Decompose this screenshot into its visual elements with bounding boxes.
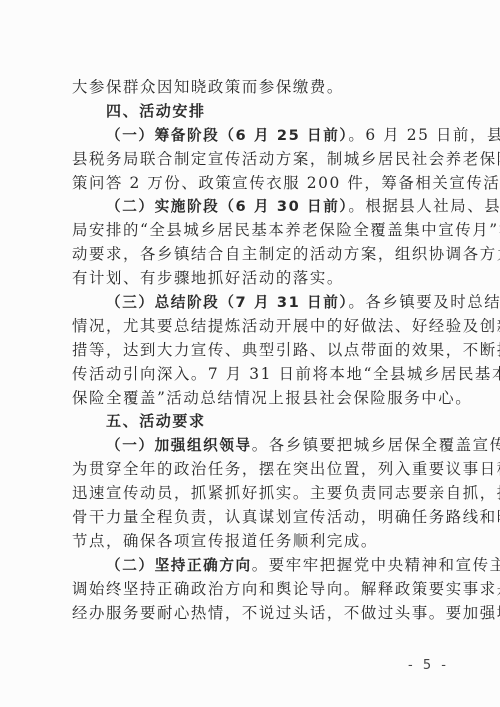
paragraph-text: 。6 月 25 日前，县人社局、 [348, 126, 500, 144]
paragraph-text: 。根据县人社局、县税务 [348, 197, 500, 215]
paragraph-line: 措等，达到大力宣传、典型引路、以点带面的效果，不断把宣 [72, 339, 438, 363]
document-page: 大参保群众因知晓政策而参保缴费。 四、活动安排 （一）筹备阶段（6 月 25 日… [0, 0, 500, 707]
subheading-line: （一）筹备阶段（6 月 25 日前）。6 月 25 日前，县人社局、 [72, 124, 438, 148]
subheading-summary-stage: （三）总结阶段（7 月 31 日前） [106, 294, 348, 311]
section-heading-activity-requirements: 五、活动要求 [72, 410, 438, 434]
paragraph-text: 。各乡镇要及时总结活动 [348, 293, 500, 311]
paragraph-line: 传活动引向深入。7 月 31 日前将本地“全县城乡居民基本养老 [72, 363, 438, 387]
paragraph-line: 局安排的“全县城乡居民基本养老保险全覆盖集中宣传月”活 [72, 219, 438, 243]
subheading-preparation-stage: （一）筹备阶段（6 月 25 日前） [106, 127, 348, 144]
subheading-strengthen-leadership: （一）加强组织领导 [106, 437, 252, 454]
paragraph-line: 经办服务要耐心热情，不说过头话，不做过头事。要加强城乡 [72, 602, 438, 626]
subheading-line: （二）坚持正确方向。要牢牢把握党中央精神和宣传主基 [72, 554, 438, 578]
paragraph-line: 有计划、有步骤地抓好活动的落实。 [72, 267, 438, 291]
paragraph-line: 大参保群众因知晓政策而参保缴费。 [72, 76, 438, 100]
paragraph-line: 骨干力量全程负责，认真谋划宣传活动，明确任务路线和时间 [72, 506, 438, 530]
section-heading-activity-arrangement: 四、活动安排 [72, 100, 438, 124]
paragraph-line: 情况，尤其要总结提炼活动开展中的好做法、好经验及创新举 [72, 315, 438, 339]
paragraph-text: 。各乡镇要把城乡居保全覆盖宣传作 [252, 436, 500, 454]
paragraph-text: 。要牢牢把握党中央精神和宣传主基 [252, 556, 500, 574]
paragraph-line: 县税务局联合制定宣传活动方案，制城乡居民社会养老保险政 [72, 148, 438, 172]
paragraph-line: 迅速宣传动员，抓紧抓好抓实。主要负责同志要亲自抓，指定 [72, 482, 438, 506]
subheading-correct-direction: （二）坚持正确方向 [106, 557, 252, 574]
paragraph-line: 动要求，各乡镇结合自主制定的活动方案，组织协调各方力量， [72, 243, 438, 267]
paragraph-line: 节点，确保各项宣传报道任务顺利完成。 [72, 530, 438, 554]
subheading-line: （三）总结阶段（7 月 31 日前）。各乡镇要及时总结活动 [72, 291, 438, 315]
paragraph-line: 策问答 2 万份、政策宣传衣服 200 件，筹备相关宣传活动。 [72, 172, 438, 196]
subheading-line: （一）加强组织领导。各乡镇要把城乡居保全覆盖宣传作 [72, 434, 438, 458]
document-body: 大参保群众因知晓政策而参保缴费。 四、活动安排 （一）筹备阶段（6 月 25 日… [72, 76, 438, 625]
page-number: - 5 - [408, 658, 449, 673]
subheading-line: （二）实施阶段（6 月 30 日前）。根据县人社局、县税务 [72, 195, 438, 219]
paragraph-line: 为贯穿全年的政治任务，摆在突出位置，列入重要议事日程， [72, 458, 438, 482]
paragraph-line: 保险全覆盖”活动总结情况上报县社会保险服务中心。 [72, 387, 438, 411]
paragraph-line: 调始终坚持正确政治方向和舆论导向。解释政策要实事求是， [72, 578, 438, 602]
subheading-implementation-stage: （二）实施阶段（6 月 30 日前） [106, 198, 348, 215]
